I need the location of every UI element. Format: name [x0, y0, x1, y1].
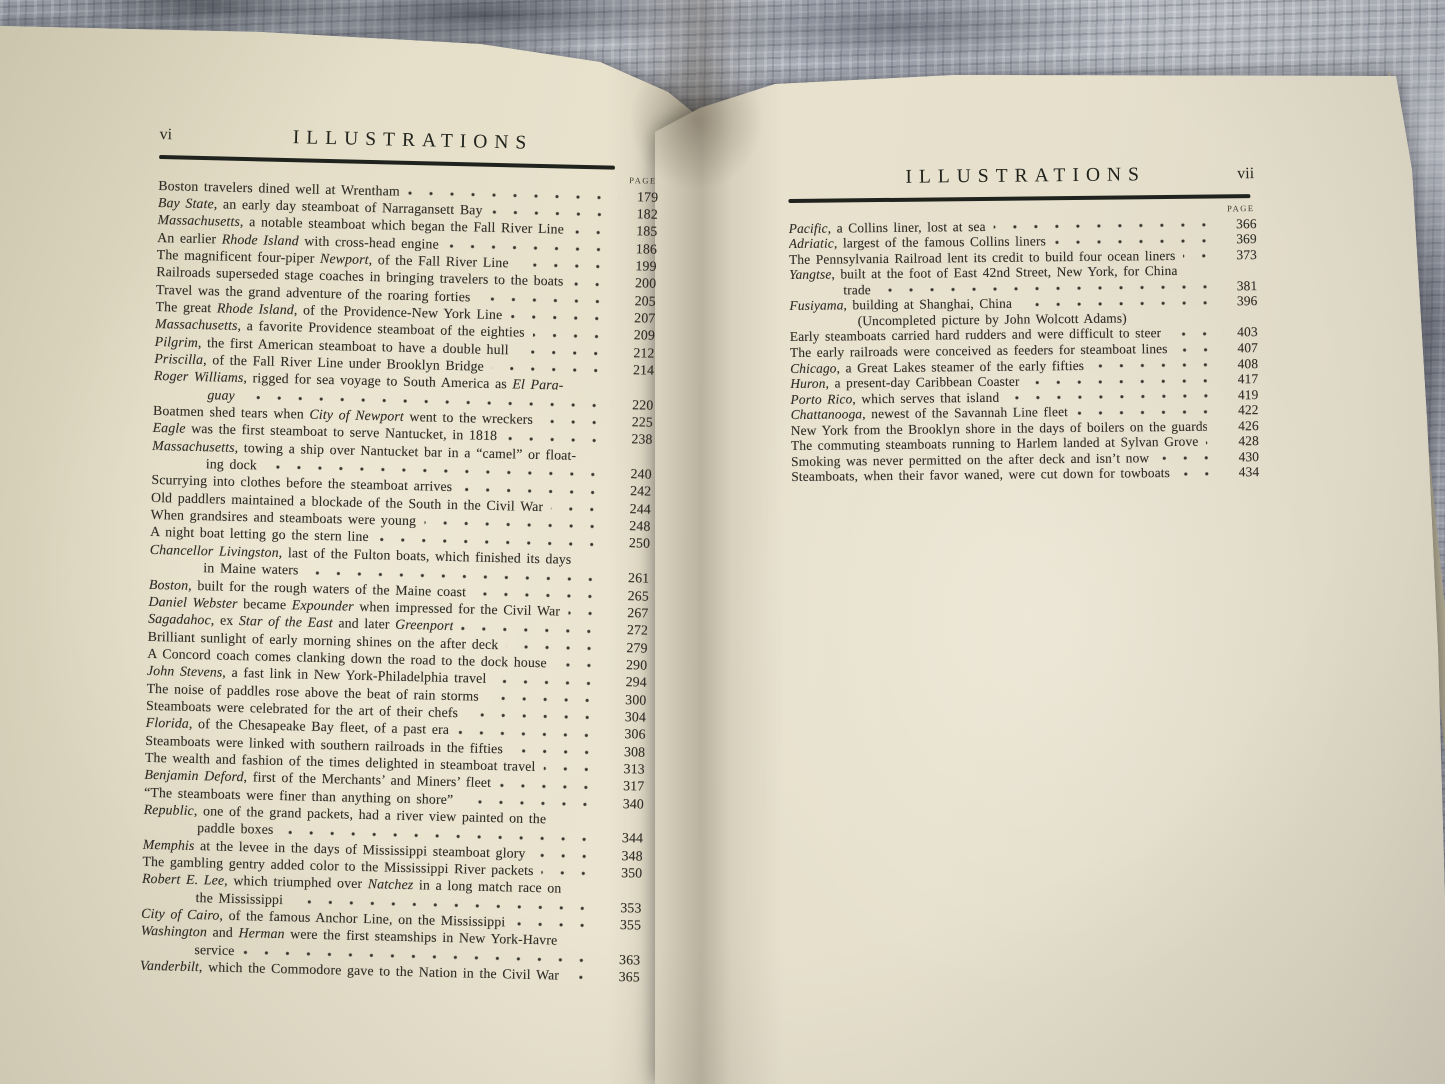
toc-page-number: 205: [620, 292, 656, 310]
toc-leader-dots: [1206, 440, 1225, 445]
toc-leader-dots: [571, 281, 616, 287]
toc-page-number: 220: [617, 396, 653, 414]
toc-leader-dots: [1020, 300, 1223, 307]
toc-page-number: 179: [622, 188, 658, 206]
toc-leader-dots: [490, 210, 617, 218]
toc-leader-dots: [543, 766, 604, 772]
toc-page-number: 430: [1229, 449, 1259, 465]
toc-page-number: 434: [1229, 464, 1259, 480]
toc-leader-dots: [879, 285, 1224, 294]
toc-page-number: 407: [1228, 340, 1258, 356]
toc-page-number: 381: [1227, 278, 1257, 294]
toc-leader-dots: [424, 521, 610, 530]
toc-entry-text: Chicago, a Great Lakes steamer of the ea…: [790, 357, 1084, 376]
toc-page-number: 272: [612, 621, 648, 639]
toc-page-number: 355: [605, 916, 641, 934]
toc-leader-dots: [517, 349, 615, 356]
toc-leader-dots: [492, 366, 614, 374]
toc-page-number: 300: [610, 690, 646, 708]
toc-page-number: 366: [1227, 216, 1257, 232]
toc-leader-dots: [478, 297, 615, 305]
toc-page-number: 350: [606, 864, 642, 882]
toc-leader-dots: [572, 229, 618, 235]
toc-leader-dots: [513, 922, 601, 929]
toc-leader-dots: [466, 713, 606, 721]
toc-leader-dots: [447, 244, 617, 253]
toc-leader-dots: [510, 315, 615, 322]
toc-leader-dots: [1157, 456, 1225, 462]
toc-entry-text: service: [140, 939, 235, 959]
toc-leader-dots: [1007, 394, 1224, 401]
toc-leader-dots: [457, 730, 606, 738]
toc-page-number: 265: [613, 586, 649, 604]
toc-leader-dots: [460, 487, 611, 496]
right-page-column-label: PAGE: [788, 203, 1256, 218]
toc-page-number: 304: [610, 708, 646, 726]
toc-page-number: 248: [614, 517, 650, 535]
left-toc-rows: Boston travelers dined well at Wrentham1…: [140, 177, 659, 986]
toc-page-number: 290: [611, 656, 647, 674]
left-folio: vi: [159, 126, 172, 144]
toc-page-number: 353: [605, 898, 641, 916]
toc-page-number: 403: [1228, 325, 1258, 341]
toc-page-number: 340: [608, 794, 644, 812]
toc-page-number: 313: [609, 760, 645, 778]
toc-leader-dots: [1028, 378, 1225, 385]
toc-leader-dots: [474, 591, 609, 599]
toc-leader-dots: [1178, 471, 1225, 476]
toc-page-number: 417: [1228, 371, 1258, 387]
toc-leader-dots: [1176, 347, 1224, 353]
toc-page-number: 279: [611, 638, 647, 656]
toc-leader-dots: [533, 333, 615, 340]
toc-page-number: 207: [619, 309, 655, 327]
toc-leader-dots: [517, 263, 617, 270]
toc-page-number: 214: [618, 361, 654, 379]
toc-page-number: 267: [612, 604, 648, 622]
toc-leader-dots: [555, 663, 608, 669]
toc-page-number: 306: [609, 725, 645, 743]
toc-leader-dots: [511, 748, 605, 755]
toc-page-number: 426: [1229, 418, 1259, 434]
toc-page-number: 419: [1228, 387, 1258, 403]
toc-leader-dots: [568, 611, 609, 617]
right-page-content: vii ILLUSTRATIONS PAGE Pacific, a Collin…: [788, 157, 1259, 485]
toc-leader-dots: [461, 799, 604, 807]
toc-entry-text: trade: [789, 282, 871, 298]
toc-page-number: 294: [611, 673, 647, 691]
toc-leader-dots: [408, 191, 619, 201]
toc-page-number: 240: [616, 465, 652, 483]
right-header-rule: [788, 194, 1250, 202]
toc-page-number: 308: [609, 742, 645, 760]
toc-leader-dots: [461, 626, 608, 634]
toc-page-number: 365: [604, 968, 640, 986]
toc-page-number: 244: [615, 500, 651, 518]
toc-leader-dots: [541, 419, 613, 426]
toc-page-number: 422: [1229, 402, 1259, 418]
right-folio: vii: [1237, 165, 1254, 183]
toc-leader-dots: [1169, 331, 1224, 337]
toc-leader-dots: [494, 679, 607, 687]
toc-page-number: 186: [621, 240, 657, 258]
right-toc-rows: Pacific, a Collins liner, lost at sea366…: [789, 216, 1260, 485]
toc-page-number: 212: [618, 344, 654, 362]
toc-leader-dots: [1054, 238, 1223, 245]
toc-page-number: 396: [1227, 293, 1257, 309]
toc-page-number: 209: [619, 326, 655, 344]
toc-leader-dots: [487, 696, 607, 704]
toc-page-number: 363: [604, 950, 640, 968]
toc-leader-dots: [1092, 363, 1224, 369]
toc-page-number: 182: [622, 205, 658, 223]
left-page-content: vi ILLUSTRATIONS PAGE Boston travelers d…: [140, 118, 660, 986]
toc-page-number: 408: [1228, 356, 1258, 372]
toc-leader-dots: [1183, 254, 1223, 259]
photo-of-open-book: vi ILLUSTRATIONS PAGE Boston travelers d…: [0, 0, 1445, 1084]
toc-leader-dots: [1215, 425, 1225, 430]
toc-page-number: 344: [607, 829, 643, 847]
right-illustrations-title: ILLUSTRATIONS: [788, 157, 1256, 196]
toc-page-number: 185: [621, 222, 657, 240]
toc-page-number: 242: [615, 482, 651, 500]
toc-leader-dots: [994, 223, 1223, 230]
toc-page-number: 428: [1229, 433, 1259, 449]
toc-page-number: 348: [607, 846, 643, 864]
toc-page-number: 250: [614, 534, 650, 552]
toc-leader-dots: [506, 644, 607, 651]
toc-page-number: 200: [620, 274, 656, 292]
toc-page-number: 261: [613, 569, 649, 587]
toc-page-number: 238: [616, 430, 652, 448]
toc-page-number: 225: [617, 413, 653, 431]
toc-leader-dots: [551, 506, 611, 512]
toc-page-number: 317: [608, 777, 644, 795]
toc-entry-text: guay: [153, 385, 235, 404]
toc-leader-dots: [505, 436, 613, 444]
toc-leader-dots: [499, 783, 604, 790]
toc-page-number: 199: [620, 257, 656, 275]
toc-leader-dots: [1076, 409, 1225, 416]
right-page-header: vii ILLUSTRATIONS: [788, 157, 1256, 196]
toc-page-number: 369: [1227, 231, 1257, 247]
toc-leader-dots: [533, 853, 602, 860]
toc-leader-dots: [567, 975, 600, 981]
toc-page-number: 373: [1227, 247, 1257, 263]
toc-leader-dots: [541, 871, 602, 877]
